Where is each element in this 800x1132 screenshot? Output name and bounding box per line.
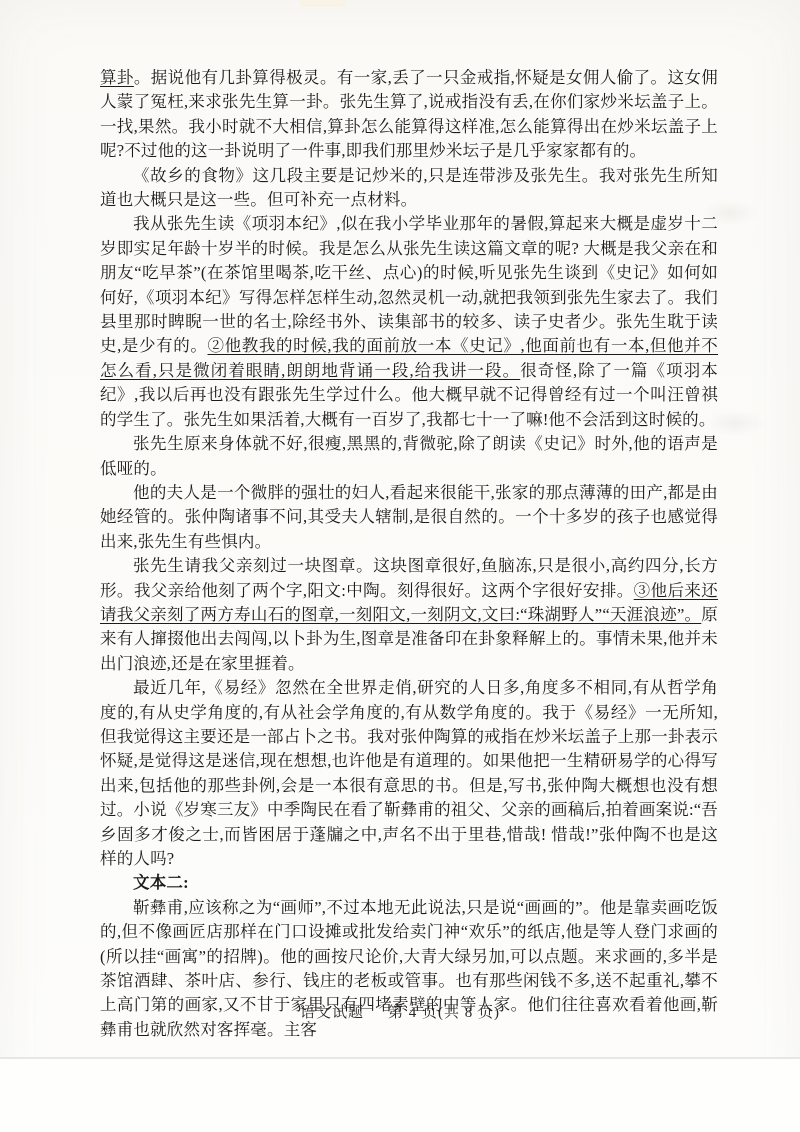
scanned-page: 算卦。据说他有几卦算得极灵。有一家,丢了一只金戒指,怀疑是女佣人偷了。这女佣人蒙… (0, 0, 800, 1132)
footer-page-number: 第 4 页(共 8 页) (388, 1005, 500, 1021)
paragraph: 算卦。据说他有几卦算得极灵。有一家,丢了一只金戒指,怀疑是女佣人偷了。这女佣人蒙… (100, 66, 718, 164)
document-body: 算卦。据说他有几卦算得极灵。有一家,丢了一只金戒指,怀疑是女佣人偷了。这女佣人蒙… (100, 66, 718, 1042)
paragraph: 我从张先生读《项羽本纪》,似在我小学毕业那年的暑假,算起来大概是虚岁十二岁即实足… (100, 212, 718, 432)
paragraph: 最近几年,《易经》忽然在全世界走俏,研究的人日多,角度多不相同,有从哲学角度的,… (100, 676, 718, 871)
underlined-text: 算卦 (100, 68, 134, 87)
text-run: 张先生请我父亲刻过一块图章。这块图章很好,鱼脑冻,只是很小,高约四分,长方形。我… (100, 556, 718, 599)
page-footer: 语文试题第 4 页(共 8 页) (0, 1001, 800, 1022)
paragraph: 文本二: (100, 871, 718, 895)
text-run: 我从张先生读《项羽本纪》,似在我小学毕业那年的暑假,算起来大概是虚岁十二岁即实足… (100, 214, 718, 355)
footer-doc-title: 语文试题 (300, 1005, 364, 1021)
text-run: 他的夫人是一个微胖的强壮的妇人,看起来很能干,张家的那点薄薄的田产,都是由她经管… (100, 483, 718, 551)
page-edge-below (0, 1059, 800, 1132)
paragraph: 《故乡的食物》这几段主要是记炒米的,只是连带涉及张先生。我对张先生所知道也大概只… (100, 164, 718, 213)
paragraph: 张先生原来身体就不好,很瘦,黑黑的,背微驼,除了朗读《史记》时外,他的语声是低哑… (100, 432, 718, 481)
text-run: 张先生原来身体就不好,很瘦,黑黑的,背微驼,除了朗读《史记》时外,他的语声是低哑… (100, 434, 718, 477)
scan-artifact (300, 0, 346, 7)
paragraph: 张先生请我父亲刻过一块图章。这块图章很好,鱼脑冻,只是很小,高约四分,长方形。我… (100, 554, 718, 676)
text-run: 。据说他有几卦算得极灵。有一家,丢了一只金戒指,怀疑是女佣人偷了。这女佣人蒙了冤… (100, 68, 718, 160)
text-run: 最近几年,《易经》忽然在全世界走俏,研究的人日多,角度多不相同,有从哲学角度的,… (100, 678, 718, 868)
paragraph: 他的夫人是一个微胖的强壮的妇人,看起来很能干,张家的那点薄薄的田产,都是由她经管… (100, 481, 718, 554)
text-run: 《故乡的食物》这几段主要是记炒米的,只是连带涉及张先生。我对张先生所知道也大概只… (100, 166, 718, 209)
text-run: 文本二: (133, 873, 189, 892)
